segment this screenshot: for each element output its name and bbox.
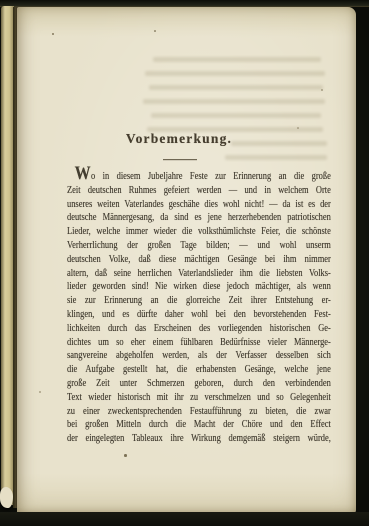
page-corner-curl	[0, 487, 13, 508]
drop-cap-initial: W	[75, 163, 91, 184]
bleed-through-line	[225, 155, 327, 160]
ink-speck	[52, 33, 54, 35]
paragraph-line: Lieder, welche immer wieder die volksthü…	[67, 225, 331, 239]
paragraph-line: Zeit deutschen Ruhmes gefeiert werden — …	[67, 184, 331, 198]
paragraph-line: lieder geworden sind! Nie wirken diese j…	[67, 280, 331, 294]
paragraph-line: der eingelegten Tableaux ihre Wirkung de…	[67, 432, 331, 446]
paragraph-line: deutsche Männergesang, da sind es jene h…	[67, 211, 331, 225]
paragraph-line: dichtes um so eher einem fühlbaren Bedür…	[67, 336, 331, 350]
bleed-through-line	[145, 71, 325, 76]
ink-speck	[321, 89, 323, 91]
paragraph-line: deutschen Volke, daß diese mächtigen Ges…	[67, 253, 331, 267]
paragraph-line: altern, daß seine herrlichen Vaterlandsl…	[67, 267, 331, 281]
paragraph-line: Verherrlichung der großen Tage bilden; —…	[67, 239, 331, 253]
book-scan-photo: Vorbemerkung. Wo in diesem Jubeljahre Fe…	[0, 0, 369, 526]
book-page: Vorbemerkung. Wo in diesem Jubeljahre Fe…	[17, 7, 356, 514]
paragraph-line: bei großen Mitteln durch die Macht der C…	[67, 418, 331, 432]
ink-speck	[154, 30, 156, 32]
paragraph-line: sangvereine abgeholfen werden, als der V…	[67, 349, 331, 363]
paragraph-line: große Zeit unter Schmerzen geboren, durc…	[67, 377, 331, 391]
paragraph-line: unseres weiten Vaterlandes geschähe dies…	[67, 198, 331, 212]
ink-speck	[124, 454, 127, 457]
paragraph-line: Wo in diesem Jubeljahre Feste zur Erinne…	[67, 170, 331, 184]
ink-speck	[297, 127, 299, 129]
bleed-through-line	[149, 85, 323, 90]
bleed-through-line	[151, 113, 321, 118]
heading-divider-rule	[163, 159, 197, 160]
paragraph-line: die Aufgabe gestellt hat, die erhabenste…	[67, 363, 331, 377]
paragraph-line: sie zur Erinnerung an die glorreiche Zei…	[67, 294, 331, 308]
paragraph-line: lichkeiten durch das Erscheinen des vorl…	[67, 322, 331, 336]
paragraph-line: zu einer zweckentsprechenden Festaufführ…	[67, 405, 331, 419]
scan-backdrop-bottom	[0, 512, 369, 526]
body-text: Wo in diesem Jubeljahre Feste zur Erinne…	[67, 170, 331, 446]
paragraph-line: Text wieder historisch mit ihr zu versch…	[67, 391, 331, 405]
scan-backdrop-top	[0, 0, 369, 7]
ink-speck	[39, 391, 41, 393]
paragraph-line-text: o in diesem Jubeljahre Feste zur Erinner…	[91, 171, 331, 182]
bleed-through-line	[153, 57, 321, 62]
page-title: Vorbemerkung.	[17, 130, 341, 147]
paragraph-line: klingen, und es dürfte daher wohl bei de…	[67, 308, 331, 322]
bleed-through-line	[143, 99, 325, 104]
